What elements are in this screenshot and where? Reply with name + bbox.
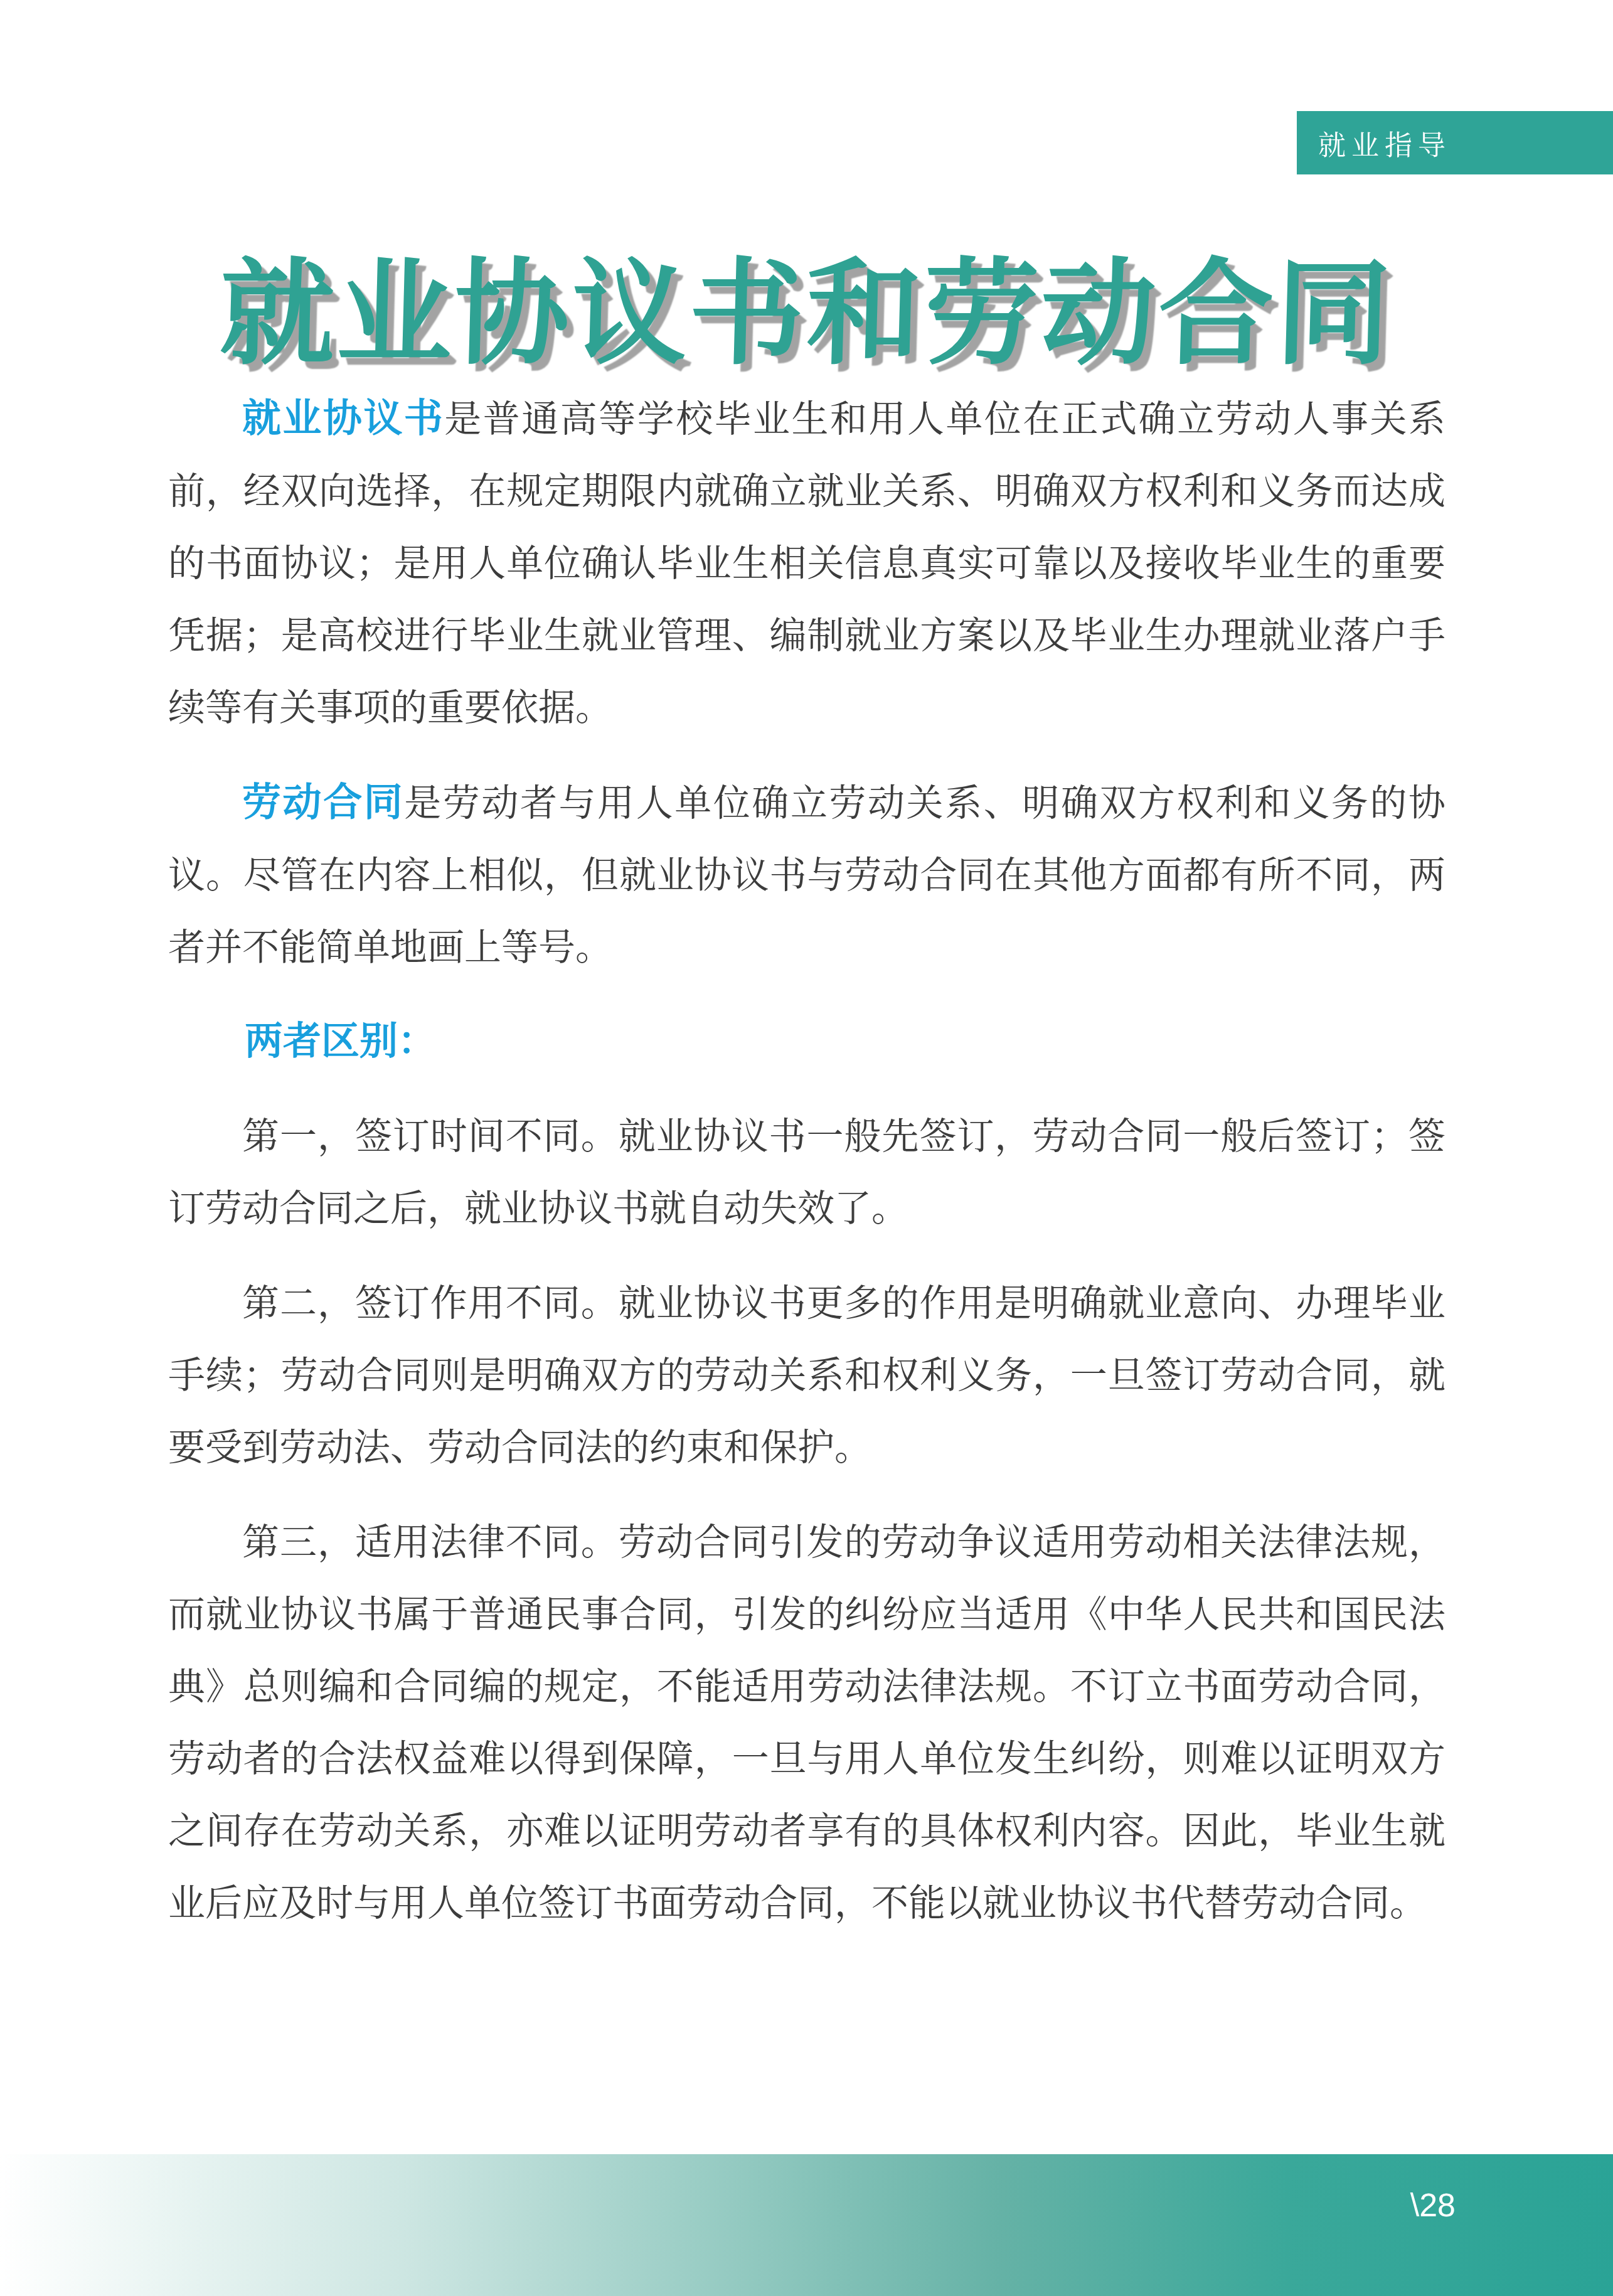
paragraph-difference-3: 第三，适用法律不同。劳动合同引发的劳动争议适用劳动相关法律法规，而就业协议书属于… <box>168 1507 1445 1940</box>
footer-bar: \28 <box>0 2154 1613 2296</box>
header-badge-label: 就业指导 <box>1318 123 1451 163</box>
lead-term-employment-agreement: 就业协议书 <box>242 397 444 441</box>
page-number: \28 <box>1410 2187 1456 2224</box>
header-badge: 就业指导 <box>1297 111 1613 174</box>
paragraph-text: 是普通高等学校毕业生和用人单位在正式确立劳动人事关系前，经双向选择，在规定期限内… <box>168 398 1445 729</box>
lead-term-labor-contract: 劳动合同 <box>242 781 404 825</box>
paragraph-difference-1: 第一，签订时间不同。就业协议书一般先签订，劳动合同一般后签订；签订劳动合同之后，… <box>168 1101 1445 1245</box>
paragraph-labor-contract: 劳动合同是劳动者与用人单位确立劳动关系、明确双方权利和义务的协议。尽管在内容上相… <box>168 767 1445 984</box>
body-content: 就业协议书是普通高等学校毕业生和用人单位在正式确立劳动人事关系前，经双向选择，在… <box>168 383 1445 1962</box>
document-page: 就业指导 就业协议书和劳动合同 就业协议书是普通高等学校毕业生和用人单位在正式确… <box>0 0 1613 2296</box>
paragraph-employment-agreement: 就业协议书是普通高等学校毕业生和用人单位在正式确立劳动人事关系前，经双向选择，在… <box>168 383 1445 744</box>
page-title: 就业协议书和劳动合同 <box>0 245 1613 383</box>
section-heading-differences: 两者区别： <box>168 1007 1445 1076</box>
paragraph-difference-2: 第二，签订作用不同。就业协议书更多的作用是明确就业意向、办理毕业手续；劳动合同则… <box>168 1268 1445 1484</box>
